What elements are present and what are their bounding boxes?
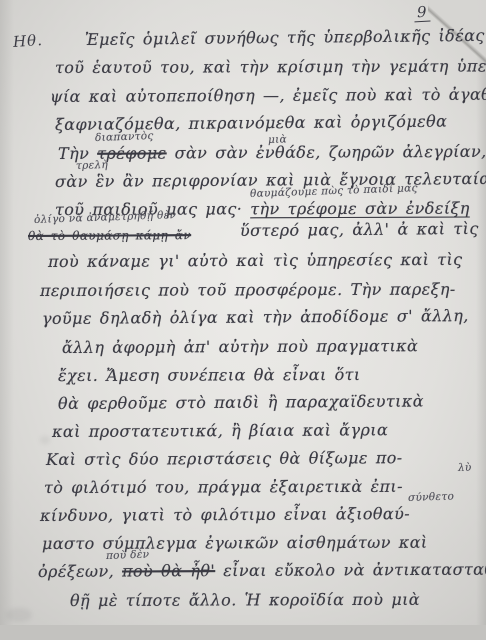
scan-smudge <box>40 436 50 444</box>
interlinear-insert: λὺ <box>458 462 472 474</box>
manuscript-line: ἄλλη ἀφορμὴ ἀπ' αὐτὴν ποὺ πραγματικὰ <box>62 336 418 357</box>
manuscript-line: τὸ φιλότιμό του, πράγμα ἐξαιρετικὰ ἐπι- <box>44 477 403 497</box>
manuscript-segment: εἶναι εὔκολο νὰ ἀντικατασταθ- <box>215 560 486 580</box>
manuscript-segment: τὸ φιλότιμό του, πράγμα ἐξαιρετικὰ ἐπι- <box>44 477 403 497</box>
margin-annotation: Ηθ. <box>12 31 43 51</box>
manuscript-line: ὕστερό μας, ἀλλ' ἀ καὶ τὶς θυσίες <box>240 218 486 240</box>
interlinear-insert: σύνθετο <box>408 490 455 504</box>
manuscript-segment: θῇ μὲ τίποτε ἄλλο. Ἡ κοροϊδία ποὺ μιὰ <box>70 590 420 610</box>
manuscript-segment: ὀρέξεων, <box>38 562 122 581</box>
manuscript-line: ποὺ κάναμε γι' αὐτὸ καὶ τὶς ὑπηρεσίες κα… <box>48 250 463 271</box>
manuscript-segment: θὰ φερθοῦμε στὸ παιδὶ ἢ παραχαϊδευτικὰ <box>58 391 424 413</box>
manuscript-line: κίνδυνο, γιατὶ τὸ φιλότιμο εἶναι ἀξιοθαύ… <box>40 504 410 525</box>
interlinear-insert: ποὺ δὲν <box>106 548 150 562</box>
manuscript-segment: περιποιήσεις ποὺ τοῦ προσφέρομε. Τὴν παρ… <box>40 280 456 300</box>
manuscript-segment: Ἐμεῖς ὁμιλεῖ συνήθως τῆς ὑπερβολικῆς ἰδέ… <box>85 26 485 49</box>
manuscript-segment-strike: ποὺ θὰ ἦθ' <box>122 561 215 580</box>
interlinear-insert: τρελὴ <box>76 159 108 172</box>
manuscript-line: ἔχει. Ἄμεση συνέπεια θὰ εἶναι ὅτι <box>58 365 361 385</box>
manuscript-line: θὰ τὸ θαυμάσῃ κάμῃ ἄν <box>28 228 191 243</box>
manuscript-segment-strike: θὰ τὸ θαυμάσῃ κάμῃ ἄν <box>28 228 191 243</box>
manuscript-segment: καὶ προστατευτικά, ἢ βίαια καὶ ἄγρια <box>52 420 388 441</box>
interlinear-insert: διαπαντὸς <box>95 130 154 144</box>
manuscript-segment-underline: τὴν τρέφομε σὰν ἐνδείξη <box>250 199 470 219</box>
manuscript-segment: Καὶ στὶς δύο περιστάσεις θὰ θίξωμε πο- <box>46 448 403 469</box>
scan-background-strip <box>0 625 486 640</box>
manuscript-line: γοῦμε δηλαδὴ ὀλίγα καὶ τὴν ἀποδίδομε σ' … <box>42 306 469 328</box>
manuscript-line: Ἐμεῖς ὁμιλεῖ συνήθως τῆς ὑπερβολικῆς ἰδέ… <box>85 26 485 49</box>
manuscript-line: θῇ μὲ τίποτε ἄλλο. Ἡ κοροϊδία ποὺ μιὰ <box>70 590 420 610</box>
manuscript-line: Καὶ στὶς δύο περιστάσεις θὰ θίξωμε πο- <box>46 448 403 469</box>
manuscript-line: περιποιήσεις ποὺ τοῦ προσφέρομε. Τὴν παρ… <box>40 280 456 300</box>
manuscript-line: μαστο σύμπλεγμα ἐγωικῶν αἰσθημάτων καὶ <box>42 533 428 553</box>
interlinear-insert: μιὰ <box>268 133 287 146</box>
scan-smudge <box>6 608 32 622</box>
manuscript-line: τοῦ ἑαυτοῦ του, καὶ τὴν κρίσιμη τὴν γεμά… <box>55 56 486 77</box>
manuscript-line: καὶ προστατευτικά, ἢ βίαια καὶ ἄγρια <box>52 420 388 441</box>
manuscript-line: ψία καὶ αὐτοπεποίθηση —, ἐμεῖς ποὺ καὶ τ… <box>50 85 486 106</box>
manuscript-segment: μαστο σύμπλεγμα ἐγωικῶν αἰσθημάτων καὶ <box>42 533 428 553</box>
manuscript-segment: τοῦ ἑαυτοῦ του, καὶ τὴν κρίσιμη τὴν γεμά… <box>55 56 486 77</box>
manuscript-segment: γοῦμε δηλαδὴ ὀλίγα καὶ τὴν ἀποδίδομε σ' … <box>42 306 469 328</box>
manuscript-segment: ποὺ κάναμε γι' αὐτὸ καὶ τὶς ὑπηρεσίες κα… <box>48 250 463 271</box>
scanned-manuscript-page: 9 Ηθ. Ἐμεῖς ὁμιλεῖ συνήθως τῆς ὑπερβολικ… <box>0 0 486 640</box>
manuscript-segment: ψία καὶ αὐτοπεποίθηση —, ἐμεῖς ποὺ καὶ τ… <box>50 85 486 106</box>
manuscript-segment: σὰν σὰν ἐνθάδε, ζωηρῶν ἀλεγρίαν, <box>167 142 486 163</box>
manuscript-segment: ἔχει. Ἄμεση συνέπεια θὰ εἶναι ὅτι <box>58 365 361 385</box>
manuscript-segment: ὕστερό μας, ἀλλ' ἀ καὶ τὶς θυσίες <box>240 218 486 240</box>
manuscript-line: θὰ φερθοῦμε στὸ παιδὶ ἢ παραχαϊδευτικὰ <box>58 391 424 413</box>
manuscript-segment: ἄλλη ἀφορμὴ ἀπ' αὐτὴν ποὺ πραγματικὰ <box>62 336 418 357</box>
manuscript-segment: κίνδυνο, γιατὶ τὸ φιλότιμο εἶναι ἀξιοθαύ… <box>40 504 410 525</box>
page-number: 9 <box>414 3 431 23</box>
manuscript-line: ὀρέξεων, ποὺ θὰ ἦθ' εἶναι εὔκολο νὰ ἀντι… <box>38 560 486 581</box>
scan-edge-shadow-left <box>0 0 14 640</box>
